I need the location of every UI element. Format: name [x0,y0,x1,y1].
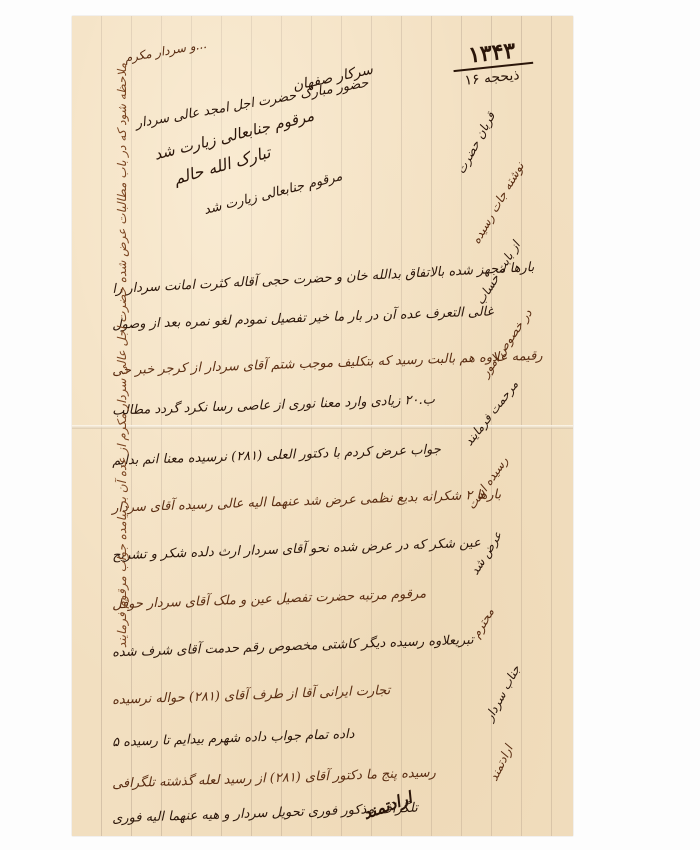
right-margin-line: قربان حضرت [454,110,498,176]
body-line: جواب عرض کردم با دکتور العلی (۲۸۱) نرسید… [112,442,441,468]
body-line: ب.۲۰ زیادی وارد معنا نوری از عاصی رسا نک… [112,392,435,418]
body-line: رسیده پنج ما دکتور آقای (۲۸۱) از رسید لع… [112,765,436,791]
date-block: ۱۳۴۳ ۱۶ ذیحجه [452,40,532,86]
letter-paper: ۱۳۴۳ ۱۶ ذیحجه سرکار صفهان حضور مبارک حضر… [72,16,573,836]
fold-crease [72,425,573,429]
body-line: داده تمام جواب داده شهرم بیدایم تا رسیده… [112,727,355,750]
right-margin-line: محترم [469,606,497,641]
body-line: بارها مجهز شده بالاتفاق بدالله خان و حضر… [112,260,535,297]
right-margin-line: جناب سردار [482,663,523,723]
top-left-note: ...و سردار مکرم [123,37,207,65]
body-line: بارها ۲ شکرانه بدیع نظمی عرض شد عنهما ال… [112,487,502,516]
scanned-page: ۱۳۴۳ ۱۶ ذیحجه سرکار صفهان حضور مبارک حضر… [0,0,700,850]
body-line: مرقوم جنابعالی زیارت شد [202,169,344,218]
body-line: تجارت ایرانی آقا از طرف آقای (۲۸۱) حواله… [112,683,391,708]
body-line: غالی التعرف عده آن در بار ما خیر تفصیل ن… [112,304,494,332]
body-line: رقیمه علاوه هم بالبت رسید که بتکلیف موجب… [112,348,543,378]
signature: ارادتمند [360,788,414,823]
body-line: تبریعلاوه رسیده دیگر کاشتی مخصوص رقم حدم… [112,633,474,661]
right-margin-line: نوشته جات رسیده [469,160,527,246]
body-line: عین شکر که در عرض شده نحو آقای سردار ارث… [112,536,481,564]
body-line: مرقوم مرتبه حضرت تفصیل عین و ملک آقای سر… [112,587,427,613]
left-margin-text: ملاحظه شود که در باب مطالبات عرض شده حضر… [115,63,129,823]
right-margin-line: رسیده است [464,454,510,512]
right-margin-line: مرحمت فرمایند [462,378,521,449]
right-margin-line: ارادتمند [486,743,515,783]
